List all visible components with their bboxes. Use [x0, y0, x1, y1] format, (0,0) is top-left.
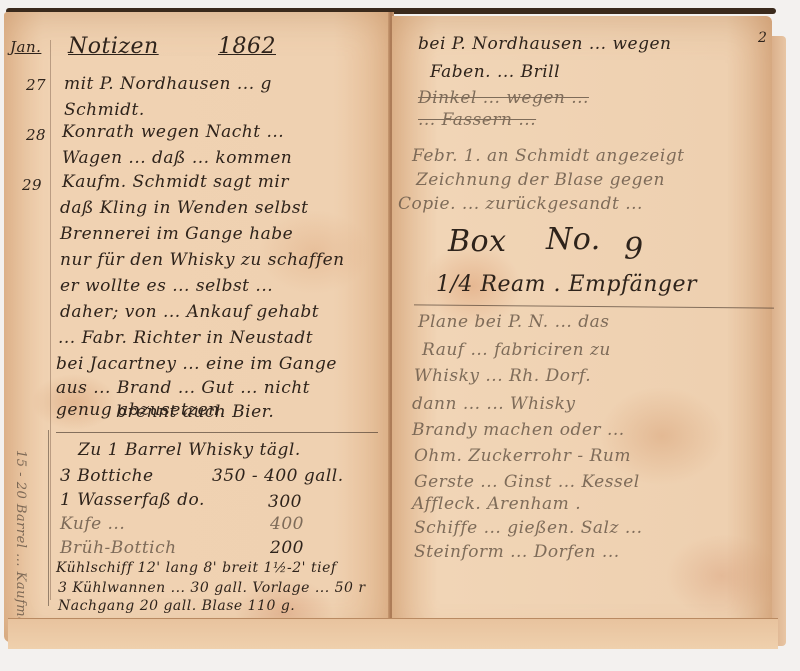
note-line: Affleck. Arenham .	[412, 494, 581, 514]
header-year: 1862	[218, 34, 276, 59]
note-line: Ohm. Zuckerrohr - Rum	[414, 446, 631, 466]
continuation-line: bei P. Nordhausen ... wegen	[418, 34, 672, 54]
ledger-footer-line: 3 Kühlwannen ... 30 gall. Vorlage ... 50…	[58, 580, 366, 596]
note-line: Steinform ... Dorfen ...	[414, 542, 620, 562]
note-line: Plane bei P. N. ... das	[418, 312, 609, 332]
entry-line: brennt auch Bier.	[116, 402, 274, 422]
note-line: Rauf ... fabriciren zu	[422, 340, 611, 360]
margin-note: 15 - 20 Barrel ... Kaufmann	[13, 450, 28, 643]
page-mark: 2	[758, 30, 767, 46]
ledger-row-label: 3 Bottiche	[60, 466, 154, 486]
header-month: Jan.	[10, 38, 41, 56]
entry-line: bei Jacartney ... eine im Gange	[56, 354, 337, 374]
note-line: Schiffe ... gießen. Salz ...	[414, 518, 643, 538]
ledger-row-label: 1 Wasserfaß do.	[60, 490, 205, 510]
right-page-edge	[770, 36, 786, 646]
ledger-row-value: 300	[268, 492, 302, 512]
box-number: 9	[624, 232, 644, 267]
box-number-prefix: No.	[546, 222, 601, 257]
section-divider	[56, 432, 378, 433]
struck-line: ... Fassern ...	[418, 110, 536, 130]
struck-line: Dinkel ... wegen ...	[418, 88, 589, 108]
entry-date: 27	[26, 76, 46, 94]
left-margin-rule	[50, 40, 51, 600]
page-title: Notizen	[68, 34, 159, 59]
entry-line: Schmidt.	[64, 100, 145, 120]
entry-line: aus ... Brand ... Gut ... nicht	[56, 378, 310, 398]
entry-line: mit P. Nordhausen ... g	[64, 74, 272, 94]
notebook-bottom-leaf	[8, 618, 778, 649]
note-line: Brandy machen oder ...	[412, 420, 625, 440]
ledger-margin-rule	[48, 430, 49, 606]
entry-line: daß Kling in Wenden selbst	[60, 198, 308, 218]
entry-line: ... Fabr. Richter in Neustadt	[58, 328, 313, 348]
continuation-line: Faben. ... Brill	[430, 62, 560, 82]
ledger-row-value: 400	[270, 514, 304, 534]
note-line: Gerste ... Ginst ... Kessel	[414, 472, 640, 492]
entry-line: Wagen ... daß ... kommen	[62, 148, 292, 168]
feb-entry-line: Copie. ... zurückgesandt ...	[398, 194, 643, 214]
box-label: Box	[448, 224, 507, 259]
ledger-footer-line: Nachgang 20 gall. Blase 110 g.	[58, 598, 295, 614]
entry-date: 29	[22, 176, 42, 194]
ledger-row-label: Kufe ...	[60, 514, 125, 534]
entry-date: 28	[26, 126, 46, 144]
entry-line: Konrath wegen Nacht ...	[62, 122, 284, 142]
ledger-row-value: 200	[270, 538, 304, 558]
feb-entry-line: Zeichnung der Blase gegen	[416, 170, 665, 190]
ledger-row-label: Brüh-Bottich	[60, 538, 177, 558]
entry-line: daher; von ... Ankauf gehabt	[60, 302, 319, 322]
feb-entry-line: Febr. 1. an Schmidt angezeigt	[412, 146, 684, 166]
ledger-row-value: 350 - 400 gall.	[212, 466, 344, 486]
note-line: Whisky ... Rh. Dorf.	[414, 366, 591, 386]
entry-line: Kaufm. Schmidt sagt mir	[62, 172, 289, 192]
entry-line: nur für den Whisky zu schaffen	[60, 250, 345, 270]
entry-line: Brennerei im Gange habe	[60, 224, 293, 244]
entry-line: er wollte es ... selbst ...	[60, 276, 273, 296]
note-line: dann ... ... Whisky	[412, 394, 576, 414]
ledger-footer-line: Kühlschiff 12' lang 8' breit 1½-2' tief	[56, 560, 337, 576]
ream-subtitle: 1/4 Ream . Empfänger	[436, 272, 697, 297]
ledger-heading: Zu 1 Barrel Whisky tägl.	[78, 440, 301, 460]
